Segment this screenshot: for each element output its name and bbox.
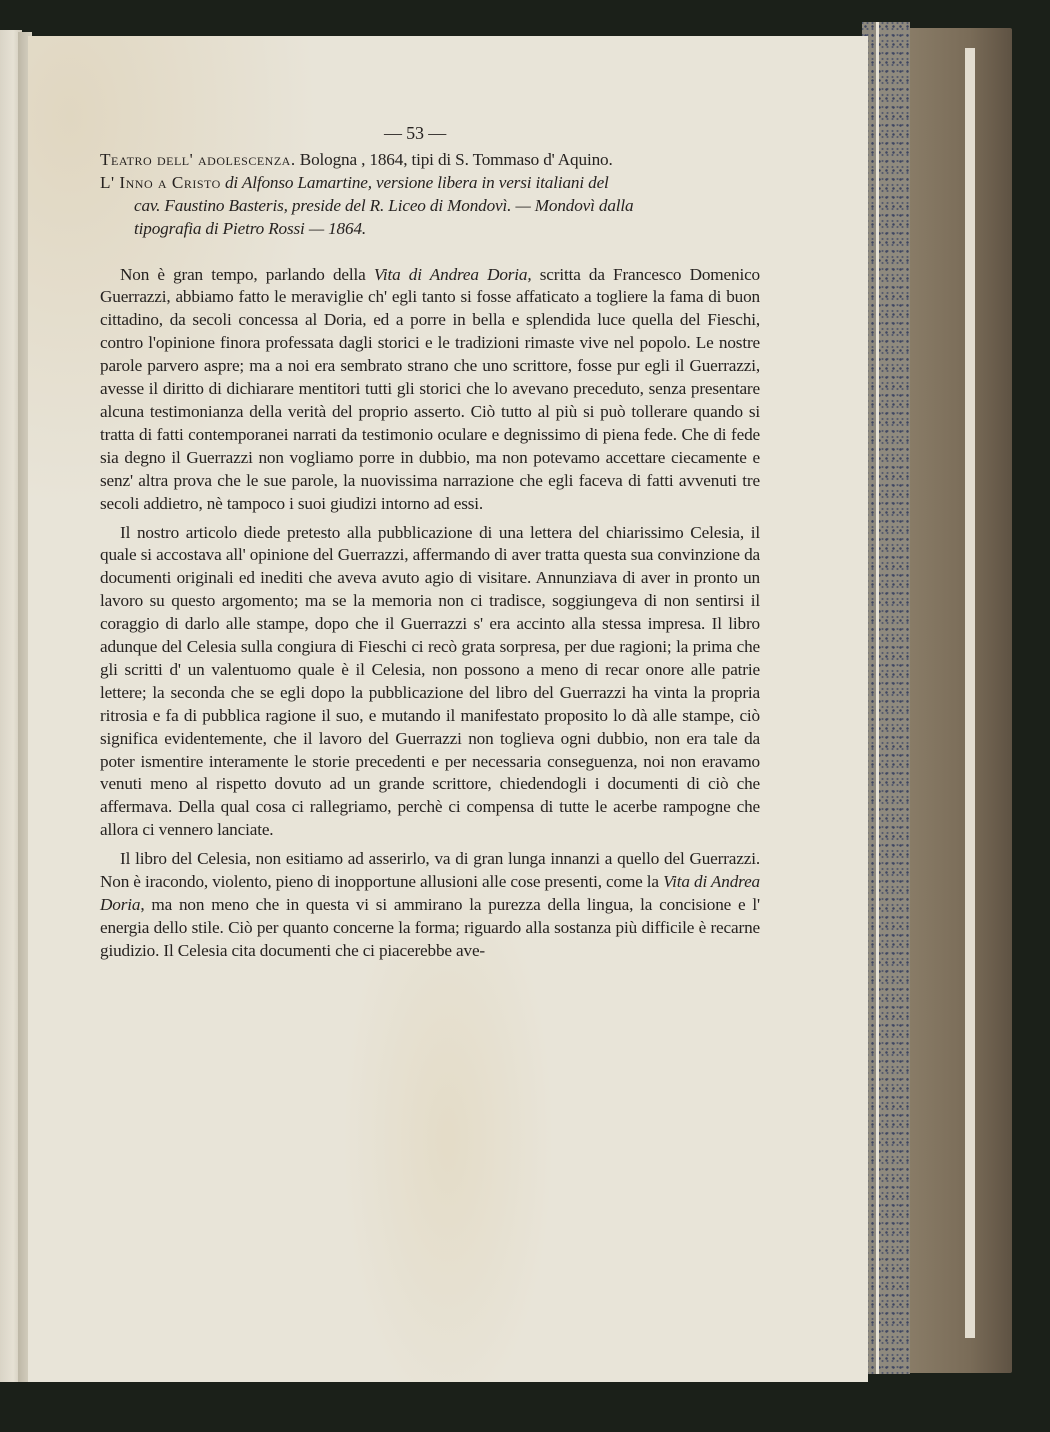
bibliography-entry: L' Inno a Cristo di Alfonso Lamartine, v…: [100, 172, 760, 195]
book-fore-edge: [862, 22, 910, 1374]
page-edge-strip: [876, 22, 879, 1374]
paragraph-text: Non è gran tempo, parlando della: [120, 265, 374, 284]
italic-title: Vita di Andrea Doria,: [374, 265, 532, 284]
bibliography-details: Bologna , 1864, tipi di S. Tommaso d' Aq…: [296, 150, 613, 169]
bibliography-title: Teatro dell' adolescenza.: [100, 150, 296, 169]
bibliography-title: L' Inno a Cristo: [100, 173, 221, 192]
bibliography-entry: Teatro dell' adolescenza. Bologna , 1864…: [100, 149, 760, 172]
bibliography-block: Teatro dell' adolescenza. Bologna , 1864…: [100, 149, 760, 241]
bibliography-continuation: tipografia di Pietro Rossi — 1864.: [100, 218, 760, 241]
page-number: — 53 —: [100, 122, 760, 145]
bibliography-continuation: cav. Faustino Basteris, preside del R. L…: [100, 195, 760, 218]
bibliography-details: di Alfonso Lamartine, versione libera in…: [221, 173, 609, 192]
body-paragraph: Il nostro articolo diede pretesto alla p…: [100, 522, 760, 843]
paragraph-text: scritta da Francesco Domenico Guerrazzi,…: [100, 265, 760, 513]
page-text: — 53 — Teatro dell' adolescenza. Bologna…: [100, 122, 760, 969]
book-cover-board: [905, 28, 1012, 1373]
body-paragraph: Il libro del Celesia, non esitiamo ad as…: [100, 848, 760, 963]
paragraph-text: , ma non meno che in questa vi si ammira…: [100, 895, 760, 960]
paragraph-text: Il libro del Celesia, non esitiamo ad as…: [100, 849, 760, 891]
body-paragraph: Non è gran tempo, parlando della Vita di…: [100, 264, 760, 516]
endpaper-edge: [965, 48, 975, 1338]
paragraph-text: Il nostro articolo diede pretesto alla p…: [100, 523, 760, 840]
